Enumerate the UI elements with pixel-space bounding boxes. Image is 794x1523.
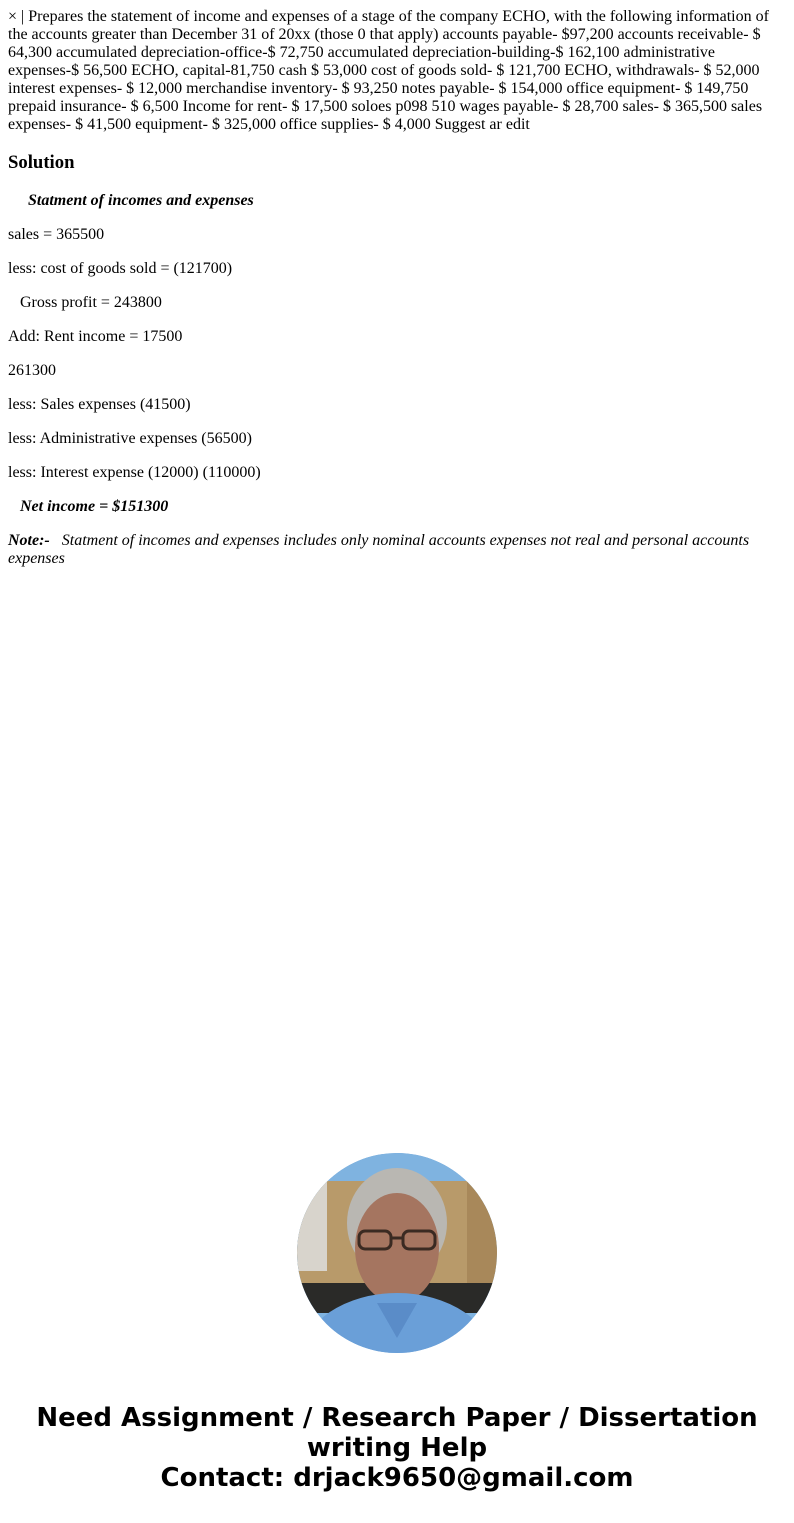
line-net-income: Net income = $151300 bbox=[8, 498, 786, 516]
line-rent-income: Add: Rent income = 17500 bbox=[8, 328, 786, 346]
close-icon[interactable]: × bbox=[8, 8, 17, 25]
question-body: Prepares the statement of income and exp… bbox=[8, 8, 769, 133]
line-sales: sales = 365500 bbox=[8, 226, 786, 244]
promo-line-2: writing Help bbox=[0, 1433, 794, 1463]
note: Note:- Statment of incomes and expenses … bbox=[8, 532, 786, 568]
note-label: Note:- bbox=[8, 532, 50, 549]
line-interest-expense: less: Interest expense (12000) (110000) bbox=[8, 464, 786, 482]
person-photo-icon bbox=[297, 1153, 497, 1353]
promo-contact: Contact: drjack9650@gmail.com bbox=[0, 1463, 794, 1493]
line-sales-expenses: less: Sales expenses (41500) bbox=[8, 396, 786, 414]
line-gross-profit: Gross profit = 243800 bbox=[8, 294, 786, 312]
promo-line-1: Need Assignment / Research Paper / Disse… bbox=[0, 1403, 794, 1433]
statement-title: Statment of incomes and expenses bbox=[8, 192, 786, 210]
author-avatar bbox=[297, 1153, 497, 1353]
document-content: × | Prepares the statement of income and… bbox=[8, 8, 786, 568]
question-text: × | Prepares the statement of income and… bbox=[8, 8, 786, 134]
note-text: Statment of incomes and expenses include… bbox=[8, 532, 749, 567]
line-cogs: less: cost of goods sold = (121700) bbox=[8, 260, 786, 278]
solution-heading: Solution bbox=[8, 152, 786, 174]
line-subtotal: 261300 bbox=[8, 362, 786, 380]
separator: | bbox=[21, 8, 24, 25]
promo-banner: Need Assignment / Research Paper / Disse… bbox=[0, 1403, 794, 1493]
line-admin-expenses: less: Administrative expenses (56500) bbox=[8, 430, 786, 448]
